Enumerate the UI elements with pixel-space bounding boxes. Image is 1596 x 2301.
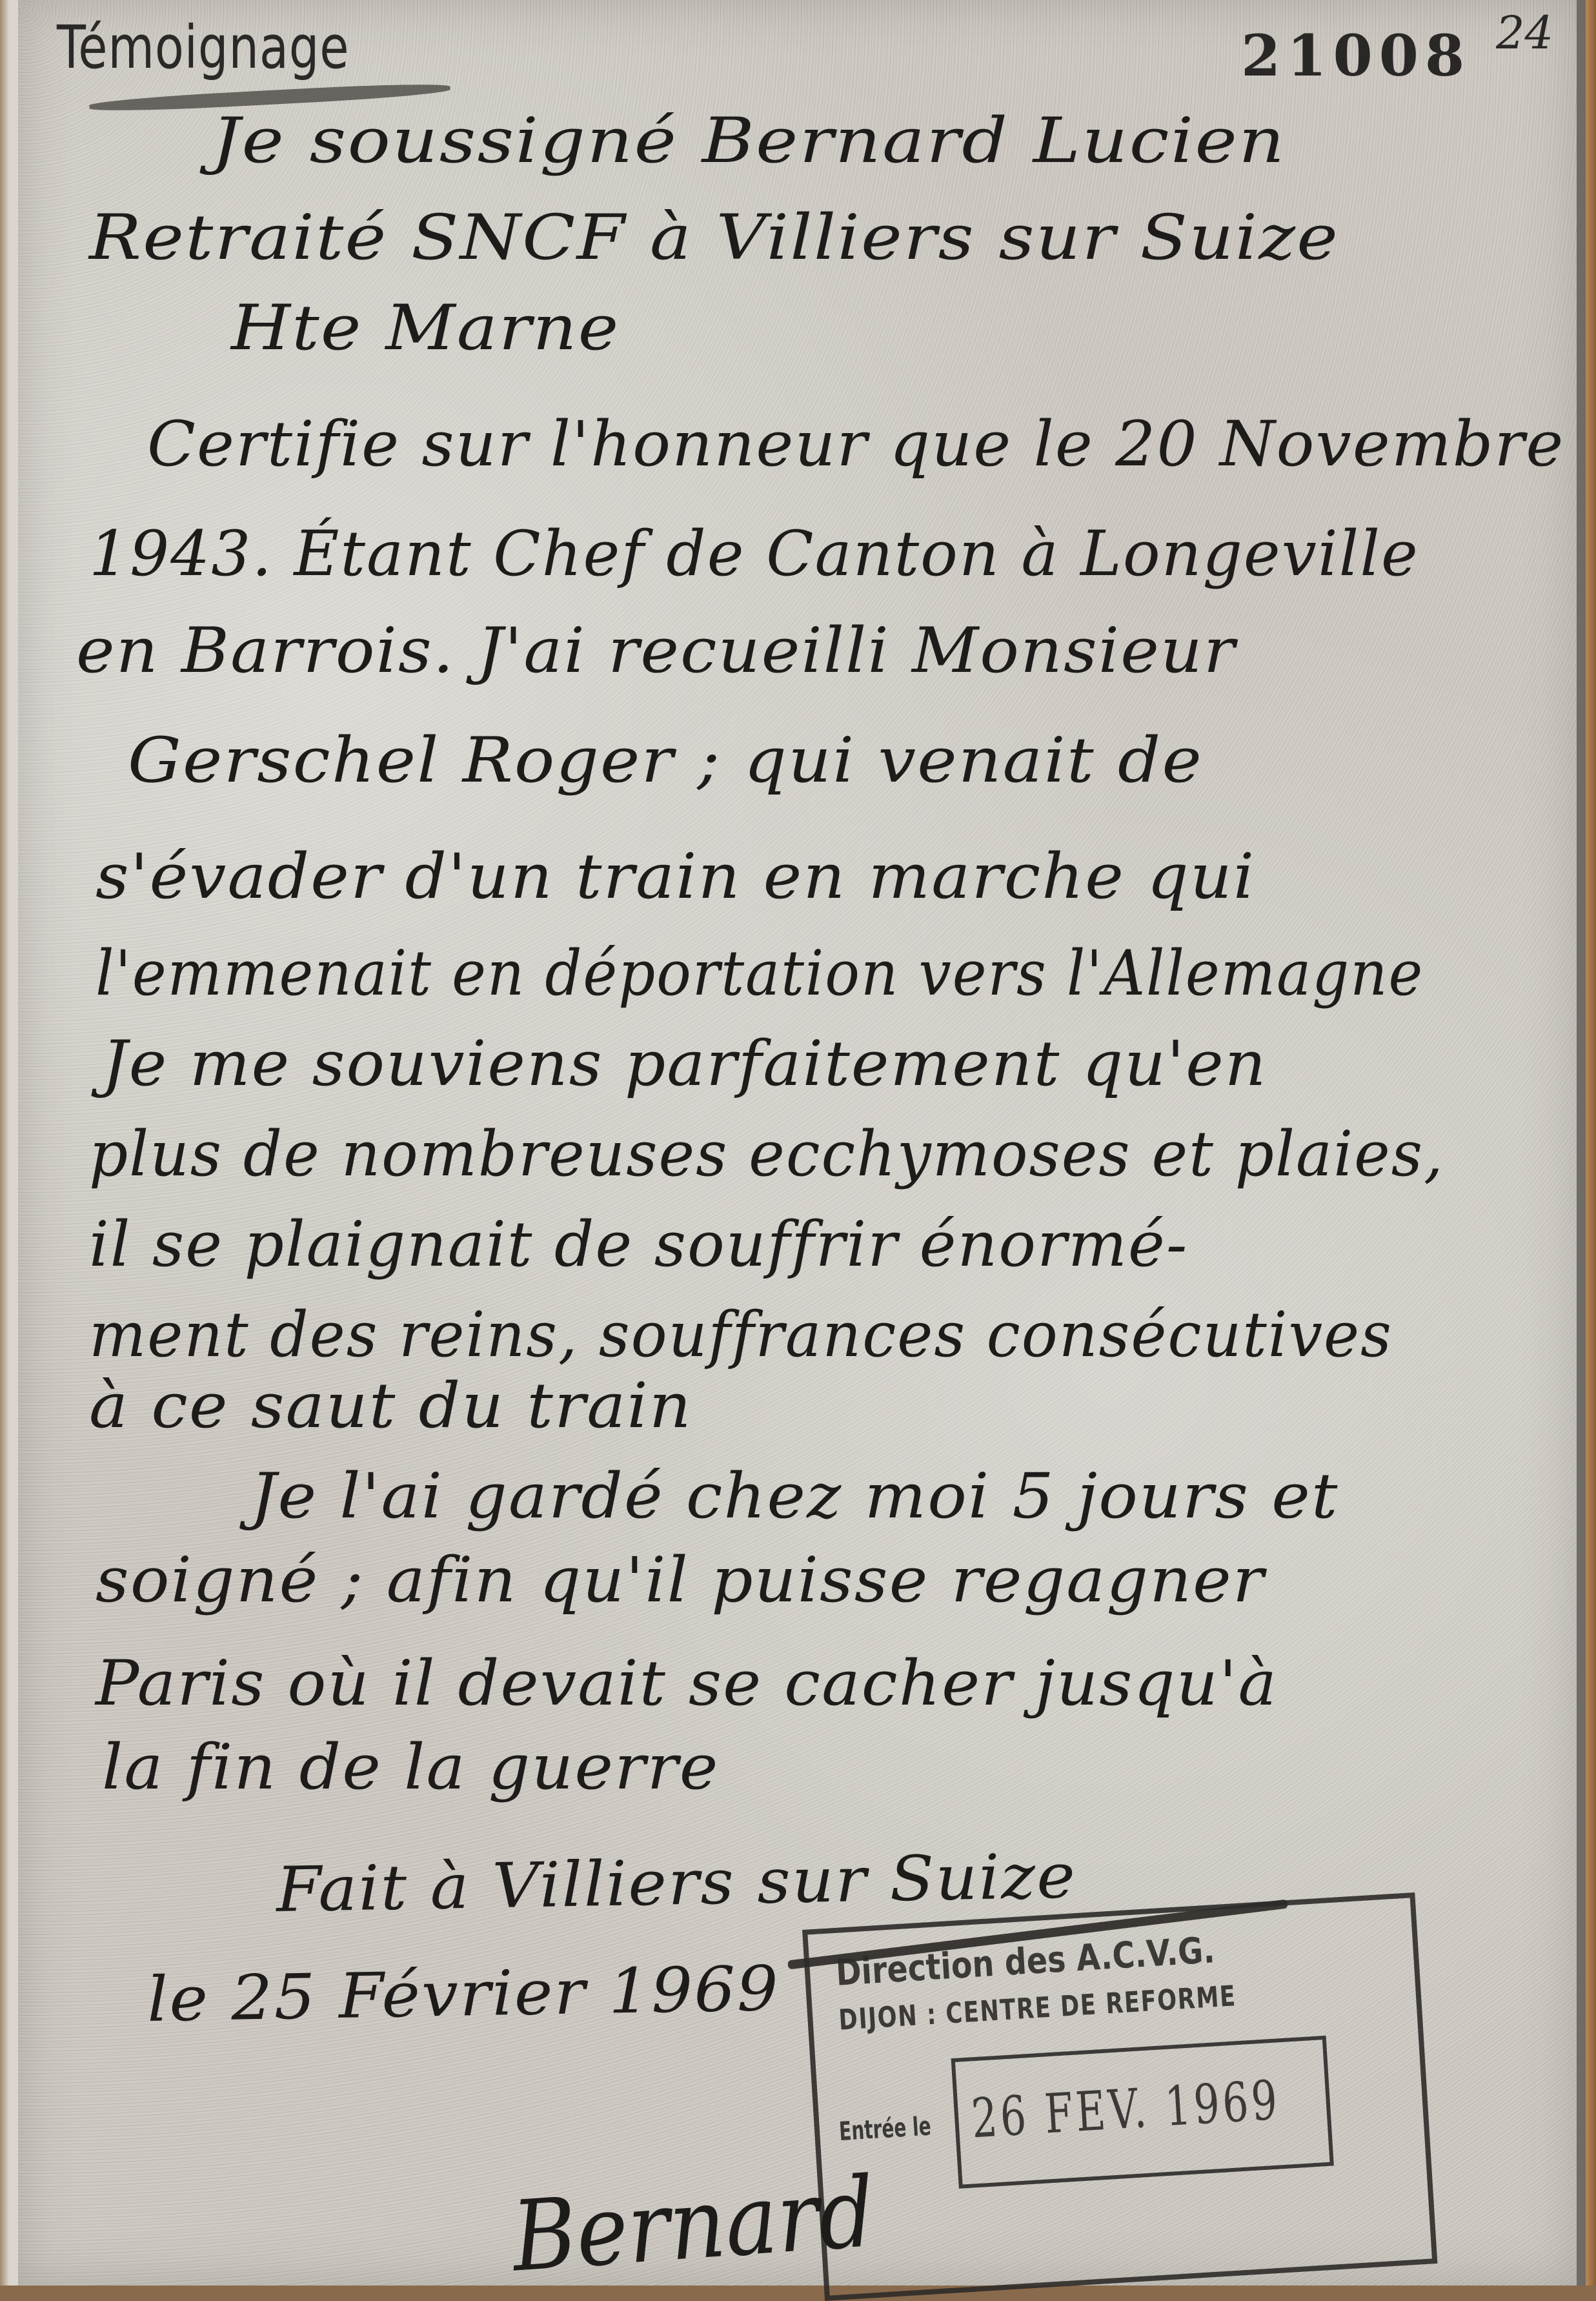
frame-edge [1586,0,1596,2286]
body-line: l'emmenait en déportation vers l'Allemag… [96,942,1424,1004]
body-line: il se plaignait de souffrir énormé- [89,1213,1188,1275]
title-note: Témoignage [57,13,349,82]
stamp-entry-date: 26 FEV. 1969 [969,2068,1282,2150]
body-line: Hte Marne [231,297,620,359]
photo-frame: Témoignage 21008 24 Je soussigné Bernard… [0,0,1596,2286]
stamp-date-box: 26 FEV. 1969 [951,2036,1334,2189]
body-line: Je soussigné Bernard Lucien [212,110,1286,172]
document-number: 21008 [1241,22,1471,89]
stamp-entry-label: Entrée le [838,2111,932,2147]
body-line: s'évader d'un train en marche qui [96,846,1255,907]
body-line: Je me souviens parfaitement qu'en [102,1033,1268,1095]
body-line: la fin de la guerre [102,1736,720,1798]
signature: Bernard [509,2156,878,2286]
closing-place: Fait à Villiers sur Suize [276,1845,1077,1921]
body-line: soigné ; afin qu'il puisse regagner [96,1549,1265,1611]
document-page: Témoignage 21008 24 Je soussigné Bernard… [18,0,1586,2286]
body-line: Retraité SNCF à Villiers sur Suize [89,207,1339,269]
body-line: Certifie sur l'honneur que le 20 Novembr… [147,413,1564,475]
page-mark: 24 [1496,6,1553,59]
body-line: Paris où il devait se cacher jusqu'à [96,1652,1278,1714]
body-line: ment des reins, souffrances consécutives [89,1304,1393,1366]
body-line: plus de nombreuses ecchymoses et plaies, [89,1123,1444,1185]
body-line: 1943. Étant Chef de Canton à Longeville [89,523,1419,585]
closing-date: le 25 Février 1969 [146,1958,780,2031]
body-line: Gerschel Roger ; qui venait de [128,729,1203,791]
reception-stamp: Direction des A.C.V.G. DIJON : CENTRE DE… [802,1892,1437,2286]
body-line: à ce saut du train [89,1375,692,1437]
body-line: en Barrois. J'ai recueilli Monsieur [76,620,1236,682]
body-line: Je l'ai gardé chez moi 5 jours et [250,1465,1339,1527]
